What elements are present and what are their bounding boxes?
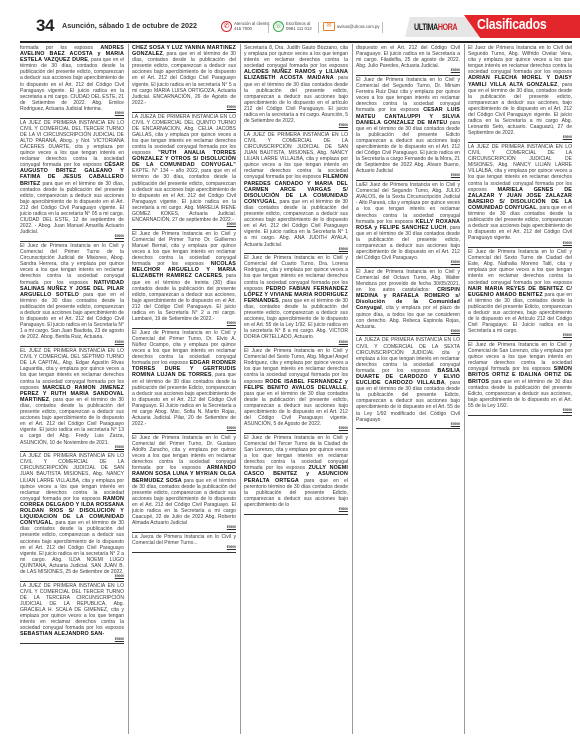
legal-notice: LA JUEZ DE PRIMERA INSTANCIA EN LO CIVIL… (20, 119, 124, 242)
notice-text: El Juez de Primera Instancia en lo Civil… (468, 249, 572, 285)
legal-notice: CHEZ SOSA Y LUZ YANINA MARTINEZ GONZALEZ… (132, 44, 236, 113)
header-rule (20, 41, 572, 43)
notice-text: formada por los esposos (20, 45, 100, 51)
legal-notice: LA JUEZ DE PRIMERA INSTANCIA EN LO CIVIL… (244, 131, 348, 254)
phone-icon: ✆ (221, 21, 232, 32)
notice-text: , para que en el término de 30 días cont… (132, 372, 236, 427)
notice-code: E0000 (20, 235, 124, 239)
legal-notice: La Jueza de Primera Instancia en lo Civi… (132, 533, 236, 553)
notice-code: E0000 (244, 248, 348, 252)
legal-notice: La/El Juez de Primera Instancia en lo Ci… (356, 181, 460, 268)
notice-code: E0000 (356, 69, 460, 73)
legal-notice: Secretaría 8, Dra. Judith Gauto Bozzano,… (244, 44, 348, 131)
legal-notice: LA JUEZ DE PRIMERA INSTANCIA EN LO CIVIL… (468, 143, 572, 248)
notice-code: E0000 (132, 546, 236, 550)
notice-text: para que en el término de 30 días, conta… (20, 181, 124, 236)
notice-text: LA JUEZ DE PRIMERA INSTANCIA EN LO CIVIL… (244, 132, 348, 181)
contact-value: avisos@uhora.com.py (337, 24, 380, 29)
notice-text: , para que en el término de 30 días, con… (20, 57, 124, 112)
notice-code: E0000 (132, 322, 236, 326)
notice-code: E0000 (132, 526, 236, 530)
legal-notice: El Juez de Primera Instancia en lo Civil… (468, 248, 572, 341)
notice-code: E0000 (468, 409, 572, 413)
notice-text: , para que en el término de 30 días cont… (20, 520, 124, 575)
ultimahora-logo: ULTIMAHORA (414, 22, 457, 32)
notice-code: E0000 (20, 575, 124, 579)
notice-text: , para que en el término de 30 días cont… (244, 199, 348, 248)
column-5: El Juez de Primera Instancia en lo Civil… (464, 44, 572, 734)
legal-notice: El Juez de Primera Instancia en lo Civil… (20, 242, 124, 347)
notice-text: , para que en el término de 30 días cont… (244, 385, 348, 428)
notice-code: E0000 (20, 638, 124, 642)
notice-text: LA JUEZ DE PRIMERA INSTANCIA EN LO CIVIL… (20, 120, 124, 169)
column-2: CHEZ SOSA Y LUZ YANINA MARTINEZ GONZALEZ… (128, 44, 236, 734)
notice-text: dispuesto en el Art. 212 del Código Civi… (356, 45, 460, 69)
notice-text: La Jueza de Primera Instancia en lo Civi… (132, 534, 236, 546)
notice-code: E0000 (20, 446, 124, 450)
notice-text: El Juez de Primera Instancia en lo Civil… (468, 45, 572, 75)
notice-text: LA JUEZ DE PRIMERA INSTANCIA EN LO CIVIL… (468, 144, 572, 193)
page-header: 34 Asunción, sábado 1 de octubre de 2022… (0, 0, 580, 38)
legal-notice: dispuesto en el Art. 212 del Código Civi… (356, 44, 460, 76)
notice-code: E0000 (132, 223, 236, 227)
legal-notice: LA JUEZA DE PRIMERA INSTANCIA EN LO CIVI… (356, 336, 460, 429)
notice-text: , para que en el término de 30 días cont… (356, 380, 460, 423)
notice-text: Secretaría 8, Dra. Judith Gauto Bozzano,… (244, 45, 348, 69)
notice-text: EXPTE. N° 134 – año 2022, para que en el… (132, 168, 236, 223)
notice-code: E0000 (20, 112, 124, 116)
notice-text: para que en el término de 30 días contad… (20, 292, 124, 341)
column-3: Secretaría 8, Dra. Judith Gauto Bozzano,… (240, 44, 348, 734)
contact-email[interactable]: ✉ avisos@uhora.com.py (323, 18, 380, 34)
section-title: Clasificados (477, 16, 547, 33)
notice-names: SEBASTIAN ALEJANDRO SAN- (20, 631, 104, 637)
legal-notice: El Juez de Primera Instancia en lo Civil… (132, 329, 236, 434)
page-number: 34 (36, 16, 54, 36)
notice-code: E0000 (20, 341, 124, 345)
notice-text: , para que en el término de 30 días cont… (356, 225, 460, 261)
notice-code: E0000 (132, 106, 236, 110)
divider (382, 22, 383, 33)
contact-value: 415 7000 (234, 26, 252, 31)
legal-notice: LA JUEZA DE PRIMERA INSTANCIA EN LO CIVI… (132, 113, 236, 230)
notice-text: para que en el término de 30 días contad… (356, 120, 460, 175)
legal-notice: LA JUEZ DE PRIMERA INSTANCIA EN LO CIVIL… (20, 582, 124, 644)
column-1: formada por los esposos ANDRES AVELINO B… (20, 44, 124, 734)
notice-text: , para que en el término de treinta (30)… (132, 273, 236, 322)
legal-notice: El Juez de Primera Instancia en lo Civil… (244, 347, 348, 434)
notice-code: E0000 (244, 124, 348, 128)
notice-text: para que en el término de 30 días, conta… (468, 292, 572, 335)
notice-text: , para que en el término de 30 días, con… (244, 298, 348, 341)
notice-text: , para que en el término de 30 días, con… (132, 51, 236, 106)
notice-code: E0000 (244, 508, 348, 512)
notice-text: , para que en el término de 30 días cont… (468, 205, 572, 241)
notice-text: LA JUEZ DE PRIMERA INSTANCIA EN LO CIVIL… (20, 453, 124, 502)
legal-notice: formada por los esposos ANDRES AVELINO B… (20, 44, 124, 119)
notice-code: E0000 (356, 174, 460, 178)
whatsapp-icon: ☏ (273, 21, 284, 32)
notice-text: , para que en el término de 30 días, con… (20, 397, 124, 446)
classifieds-columns: formada por los esposos ANDRES AVELINO B… (20, 44, 572, 734)
legal-notice: El Juez de Primera Instancia en lo Civil… (356, 76, 460, 181)
notice-code: E0000 (468, 334, 572, 338)
notice-code: E0000 (244, 427, 348, 431)
notice-code: E0000 (132, 427, 236, 431)
legal-notice: El Juez de Primera Instancia en lo Civil… (356, 268, 460, 337)
notice-text: para que en el término de 30 días contad… (244, 75, 348, 124)
notice-code: E0000 (468, 136, 572, 140)
notice-code: E0000 (468, 242, 572, 246)
column-4: dispuesto en el Art. 212 del Código Civi… (352, 44, 460, 734)
contact-value: 0981 111 013 (286, 26, 312, 31)
contact-whatsapp[interactable]: ☏ Escribinos al0981 111 013 (273, 18, 312, 34)
notice-code: E0000 (356, 423, 460, 427)
notice-code: E0000 (356, 330, 460, 334)
notice-text: para que en el término de 30 días, conta… (132, 478, 236, 527)
legal-notice: LA JUEZ DE PRIMERA INSTANCIA EN LO CIVIL… (20, 452, 124, 581)
notice-code: E0000 (356, 261, 460, 265)
divider (268, 22, 269, 33)
legal-notice: El Juez de Primera Instancia en lo Civil… (132, 434, 236, 533)
legal-notice: EL JUEZ DE PRIMERA INSTANCIA EN LO CIVIL… (20, 347, 124, 452)
email-icon: ✉ (323, 22, 335, 31)
legal-notice: El Juez de Primera Instancia en lo Civil… (468, 341, 572, 416)
notice-text: , para que en el término de 30 días, con… (468, 82, 572, 137)
divider (318, 22, 319, 33)
notice-text: LA JUEZ DE PRIMERA INSTANCIA EN LO CIVIL… (20, 583, 124, 632)
legal-notice: El Juez de Primera Instancia en lo Civil… (132, 230, 236, 329)
legal-notice: El Juez de Primera Instancia en lo Civil… (244, 254, 348, 347)
legal-notice: El Juez de Primera Instancia en lo Civil… (468, 44, 572, 143)
notice-names: ALCIDES NUÑEZ RAMOS y LILIANA ELIZABETH … (244, 69, 348, 81)
legal-notice: El Juez de Primera Instancia en lo Civil… (244, 434, 348, 515)
contact-phone[interactable]: ✆ Atención al cliente:415 7000 (221, 18, 270, 34)
notice-code: E0000 (244, 341, 348, 345)
page-date: Asunción, sábado 1 de octubre de 2022 (62, 21, 197, 30)
